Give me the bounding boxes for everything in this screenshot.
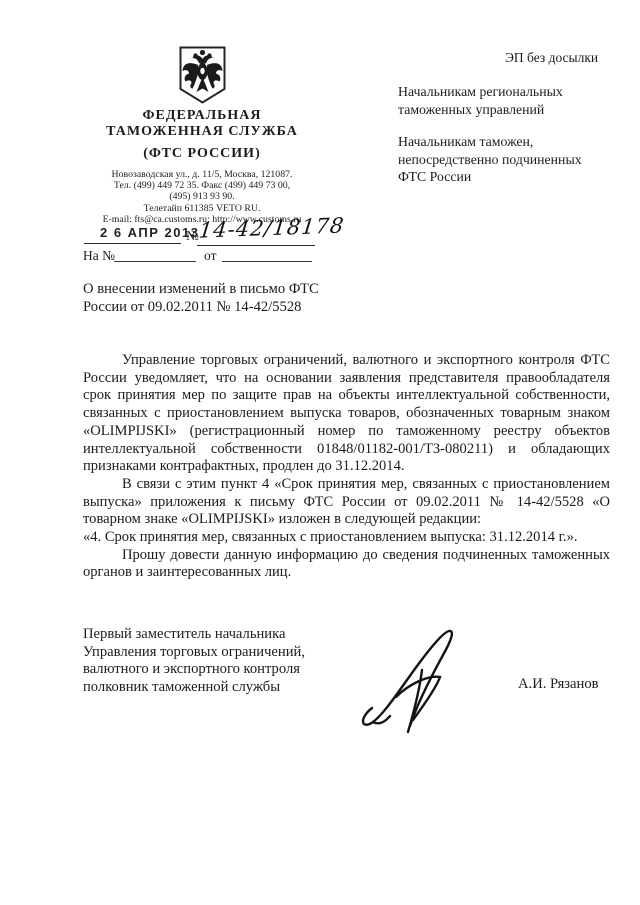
address-line: (495) 913 93 90.	[58, 191, 346, 202]
reply-from-label: от	[204, 248, 216, 264]
signer-position: Первый заместитель начальника Управления…	[83, 626, 305, 696]
address-line: Новозаводская ул., д. 11/5, Москва, 1210…	[58, 169, 346, 180]
date-underline	[84, 243, 181, 244]
letterhead: ФЕДЕРАЛЬНАЯ ТАМОЖЕННАЯ СЛУЖБА (ФТС РОССИ…	[58, 46, 346, 225]
org-name-line-1: ФЕДЕРАЛЬНАЯ	[58, 108, 346, 124]
addressee-block-2: Начальникам таможен, непосредственно под…	[398, 133, 618, 186]
reply-number-underline	[114, 261, 196, 262]
body-paragraph: В связи с этим пункт 4 «Срок принятия ме…	[83, 476, 610, 529]
body-paragraph: «4. Срок принятия мер, связанных с приос…	[83, 529, 610, 547]
body-paragraph: Управление торговых ограничений, валютно…	[83, 352, 610, 476]
org-name-line-3: (ФТС РОССИИ)	[58, 146, 346, 162]
signer-name: А.И. Рязанов	[518, 676, 599, 693]
reply-date-underline	[222, 261, 312, 262]
address-line: Телетайп 611385 VETO RU.	[58, 203, 346, 214]
org-name-line-2: ТАМОЖЕННАЯ СЛУЖБА	[58, 124, 346, 140]
doc-number-handwritten: 14-42/18178	[198, 213, 346, 242]
date-stamp: 2 6 АПР 2013	[100, 225, 199, 240]
dispatch-note: ЭП без досылки	[505, 50, 598, 66]
reply-ref-label: На №	[83, 248, 115, 264]
coat-of-arms-icon	[179, 46, 226, 104]
addressee-block-1: Начальникам региональных таможенных упра…	[398, 83, 618, 118]
signature-icon	[350, 626, 485, 741]
number-underline	[197, 245, 315, 246]
letter-body: Управление торговых ограничений, валютно…	[83, 352, 610, 582]
address-line: Тел. (499) 449 72 35. Факс (499) 449 73 …	[58, 180, 346, 191]
body-paragraph: Прошу довести данную информацию до сведе…	[83, 547, 610, 582]
letter-page: ЭП без досылки ФЕДЕРАЛЬНАЯ ТАМОЖЕННАЯ СЛ…	[0, 0, 640, 905]
subject-line: О внесении изменений в письмо ФТС России…	[83, 281, 403, 316]
